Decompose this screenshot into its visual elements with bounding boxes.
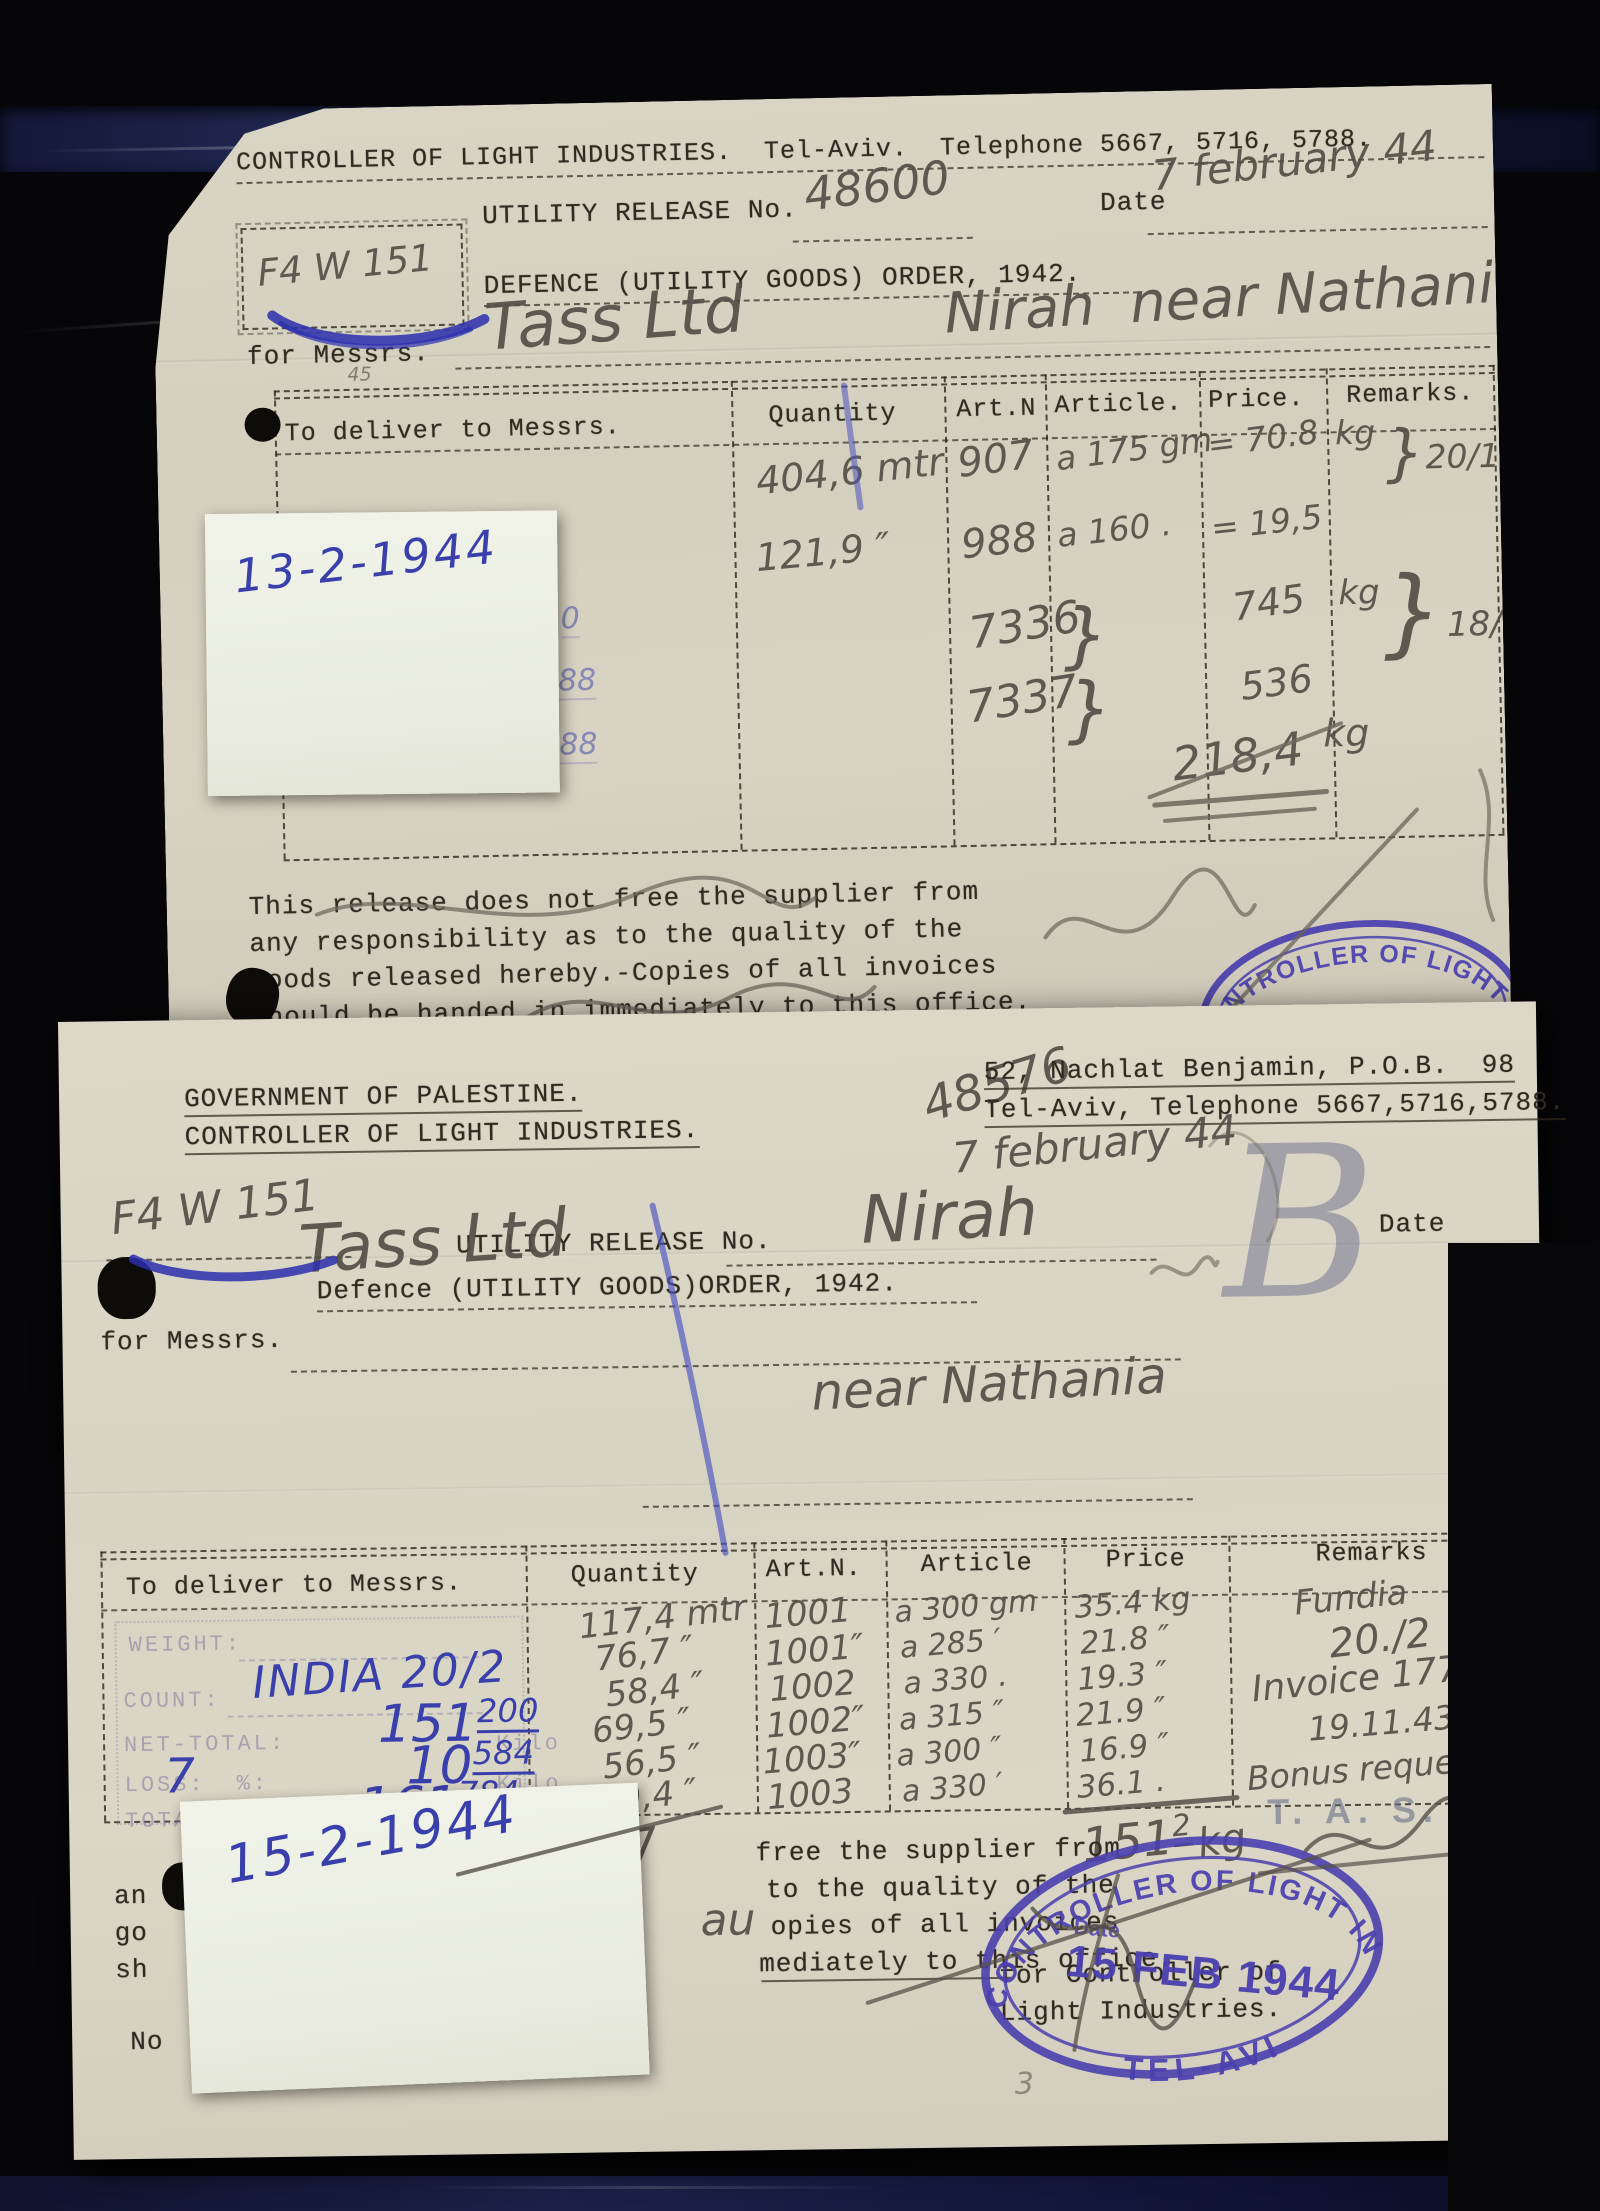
pencil-total-slash	[1148, 723, 1342, 797]
pencil-scribble	[1044, 868, 1255, 937]
pencil-cross-stroke	[866, 1840, 1372, 2003]
utility-release-doc-1: CONTROLLER OF LIGHT INDUSTRIES. Tel-Aviv…	[150, 84, 1512, 1062]
pencil-scribble	[316, 875, 815, 919]
pencil-flourish	[1480, 770, 1493, 920]
album-dark-corner	[1448, 1243, 1600, 2211]
pencil-signature-stamp	[1072, 1875, 1120, 2050]
pencil-double-underline	[1155, 792, 1327, 806]
pencil-qty-total-slash	[457, 1807, 722, 1875]
pencil-w-squiggle	[1151, 1257, 1217, 1275]
blue-diagonal-stroke	[653, 1205, 726, 1554]
blue-stroke	[844, 385, 861, 507]
scanned-album-page: CONTROLLER OF LIGHT INDUSTRIES. Tel-Aviv…	[0, 0, 1600, 2211]
scratch-mark	[420, 2186, 880, 2189]
pencil-price-total-line	[1065, 1798, 1237, 1812]
pencil-double-underline	[1165, 809, 1315, 821]
doc2-scribbles	[58, 1001, 1552, 2160]
album-bottom-band	[0, 2176, 1600, 2211]
pencil-stroke	[1205, 810, 1422, 1032]
pencil-flourish	[1210, 1132, 1279, 1242]
doc1-scribbles	[150, 84, 1512, 1062]
blue-swoosh	[133, 1256, 333, 1278]
utility-release-doc-2: GOVERNMENT OF PALESTINE. CONTROLLER OF L…	[58, 1001, 1552, 2160]
